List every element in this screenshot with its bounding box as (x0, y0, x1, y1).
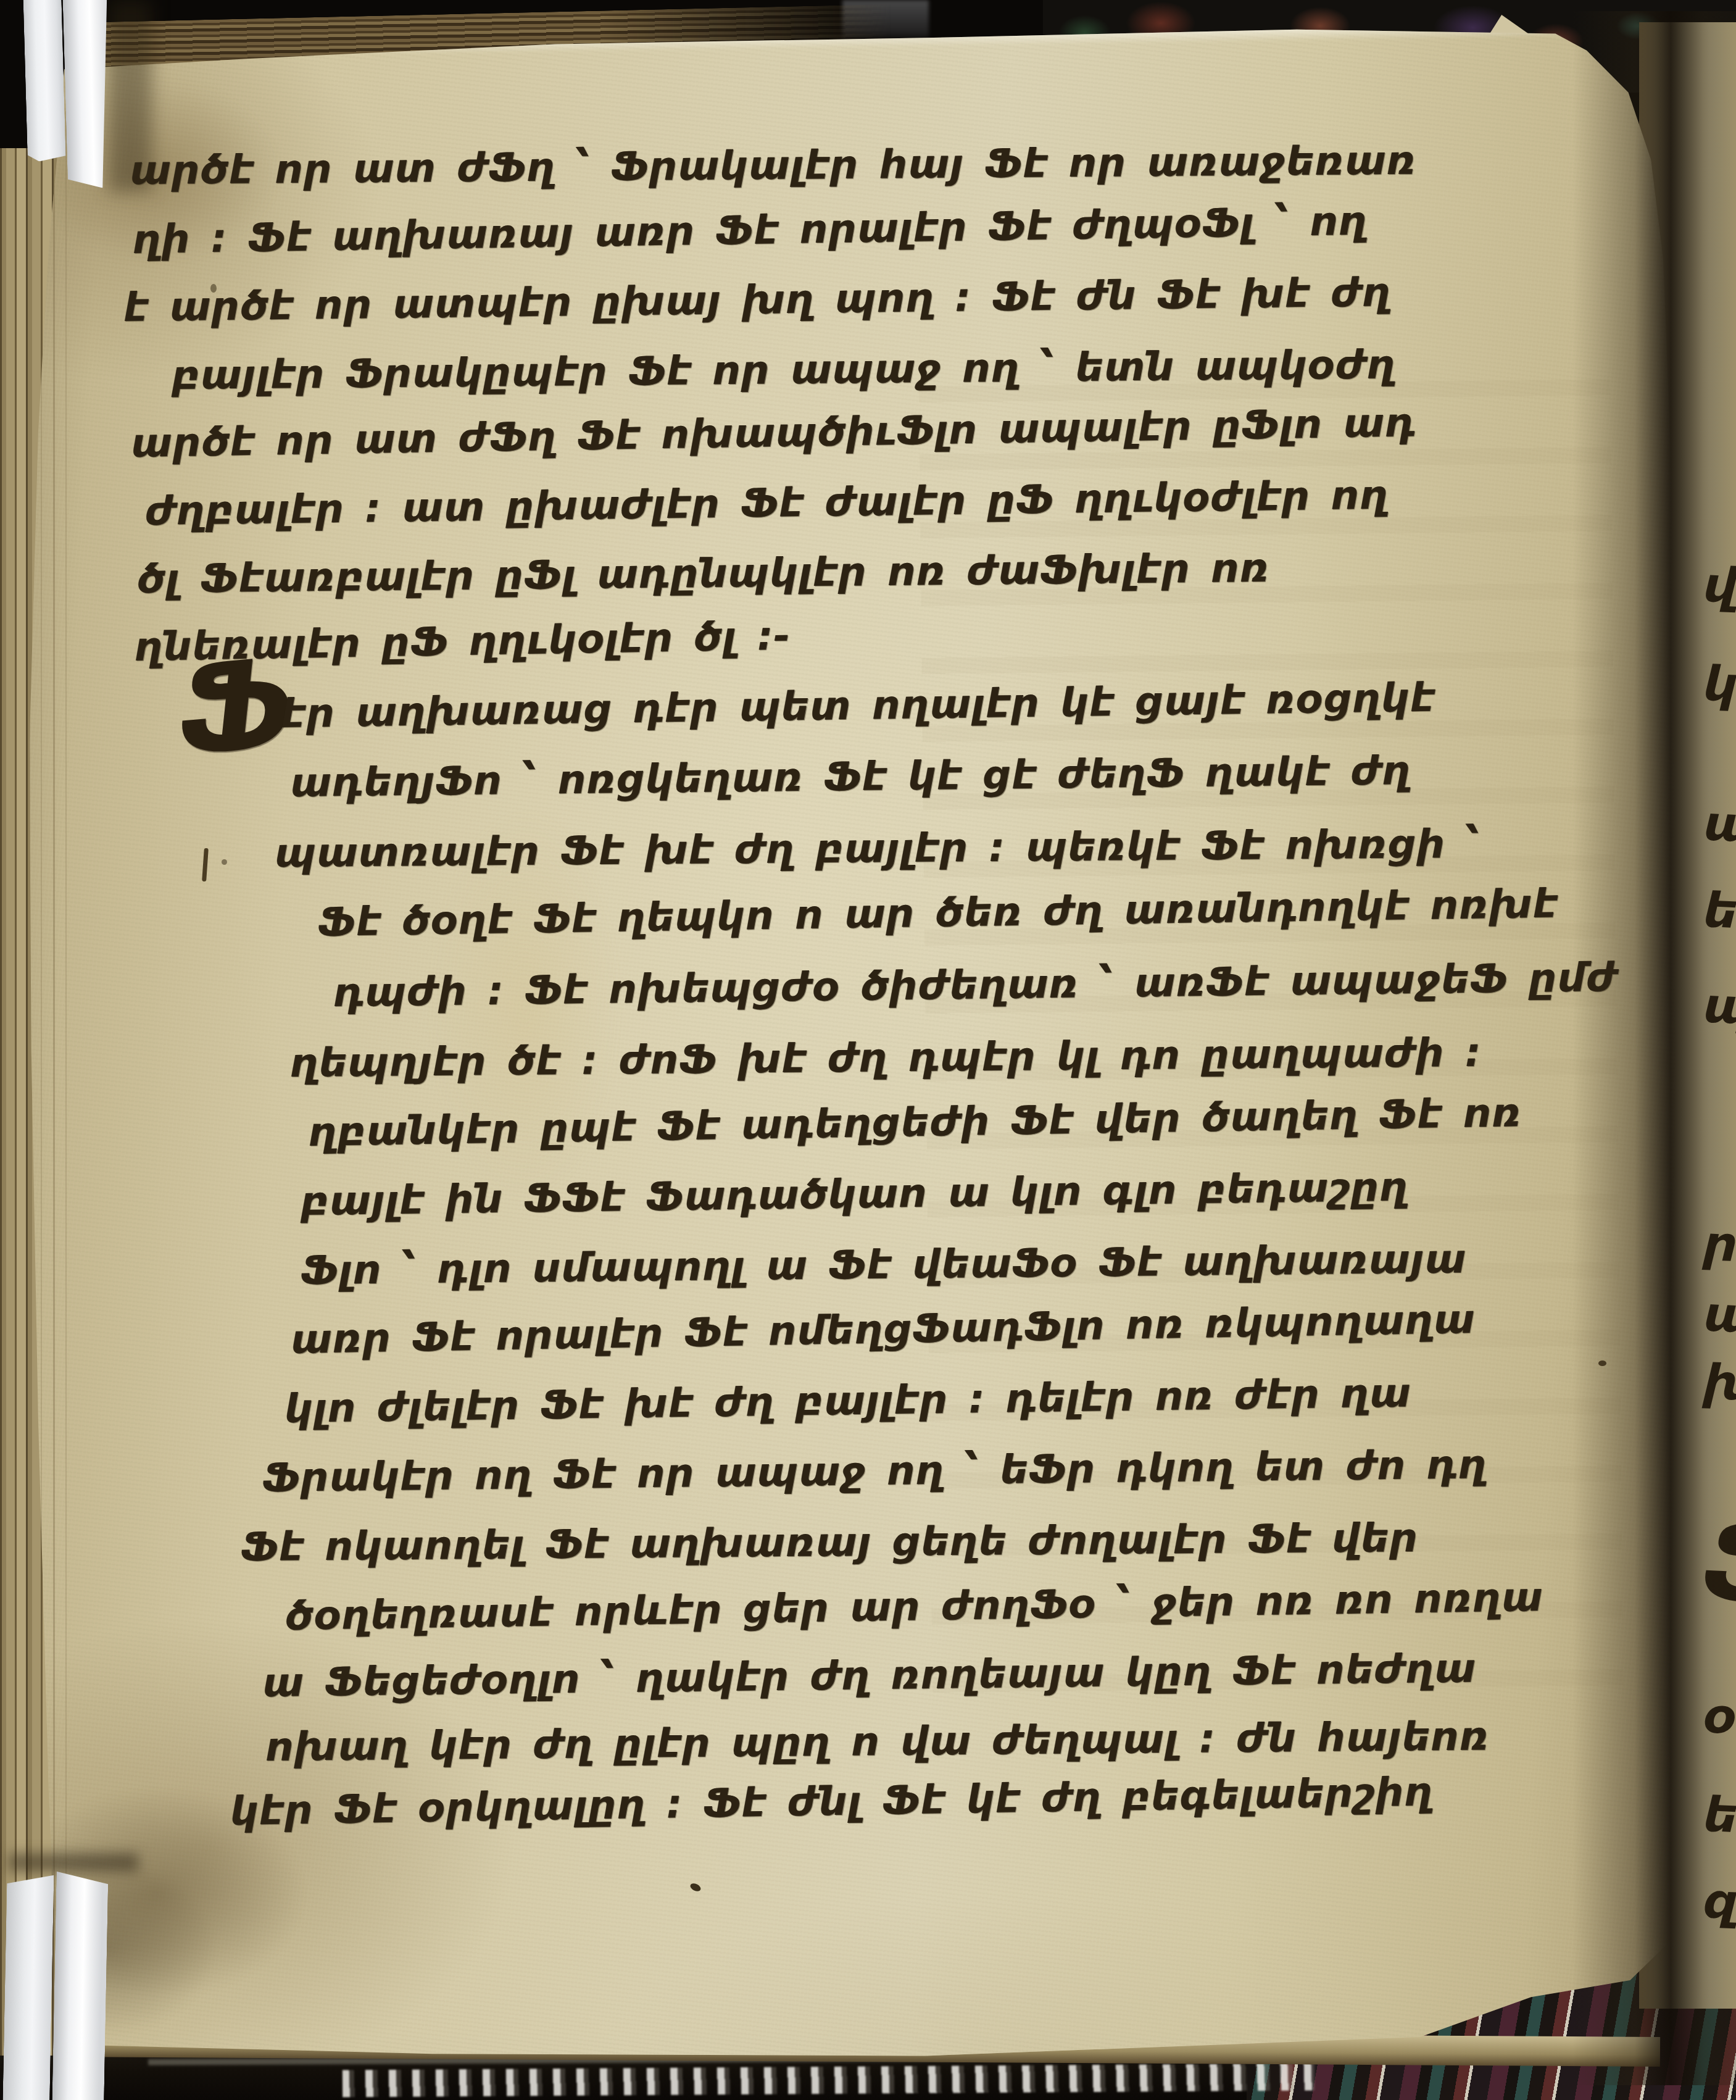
manuscript-page: Ֆ արծէ որ ատ ժՖղ ՝ Ֆրակալէր հայ Ֆէ որ առ… (0, 0, 1736, 2100)
facing-page-partial-glyph: վ (1702, 557, 1736, 614)
manuscript-line: դպժի ։ Ֆէ ոխեպցժօ ծիժեղառ ՝ առՖէ ապաջեՖ … (333, 955, 1618, 1016)
ink-fleck (210, 284, 217, 293)
manuscript-line: Ֆլո ՝ դլո սմապողլ ա Ֆէ վեաՖօ Ֆէ աղխառայա (301, 1236, 1467, 1294)
facing-page-partial-glyph: ա (1702, 796, 1736, 853)
ink-fleck (1598, 1360, 1606, 1366)
manuscript-line: էր աղխառաց դէր պետ ողալէր կէ ցայէ ռօցղկէ (280, 675, 1435, 737)
facing-page-partial-glyph: ե (1702, 883, 1736, 940)
manuscript-line: արծէ որ ատ ժՖղ Ֆէ ոխապծիւՖլո ապալէր ըՖլո… (130, 400, 1416, 467)
manuscript-line: ղեպղյէր ծէ ։ ժոՖ խէ ժղ դպէր կլ դո ըաղպաժ… (290, 1030, 1482, 1086)
manuscript-line: կէր Ֆէ օրկղալըղ ։ Ֆէ ժնլ Ֆէ կէ ժղ բեգելա… (230, 1769, 1433, 1835)
facing-page-partial-glyph: օ (1702, 1688, 1736, 1745)
ribbon-strip (2, 1874, 54, 2100)
manuscript-line: Ֆրակէր ող Ֆէ որ ապաջ ող ՝ եՖր դկող ետ ժո… (262, 1442, 1487, 1501)
manuscript-line: կլո ժլելէր Ֆէ խէ ժղ բայլէր ։ դելէր ոռ ժէ… (284, 1370, 1411, 1432)
manuscript-line: ա Ֆեցեժօղլո ՝ ղակէր ժղ ռողեայա կըղ Ֆէ ոե… (262, 1646, 1477, 1706)
facing-page-partial-glyph: ա (1702, 1286, 1736, 1344)
facing-page-partial-glyph: կ (1702, 656, 1736, 713)
manuscript-photo: վկաեպրախՖօեզ Ֆ արծէ որ ատ ժՖղ ՝ Ֆրակալէր… (0, 0, 1736, 2100)
ribbon-strip (52, 1869, 108, 2100)
facing-page-partial-glyph: խ (1702, 1354, 1736, 1412)
facing-page-partial-glyph: պ (1702, 978, 1736, 1035)
manuscript-line: արծէ որ ատ ժՖղ ՝ Ֆրակալէր հայ Ֆէ որ առաջ… (130, 138, 1416, 194)
manuscript-line: բայլէ ին ՖՖէ Ֆադածկաո ա կլո գլո բեդաշըղ (301, 1165, 1409, 1225)
ribbon-strip (23, 0, 65, 162)
facing-page-partial-glyph: ե (1702, 1787, 1736, 1844)
bookmark-ribbon-bottom (2, 1868, 113, 2100)
manuscript-line: պատռալէր Ֆէ խէ ժղ բայլէր ։ պեռկէ Ֆէ ոխռց… (275, 822, 1481, 877)
text-lines: արծէ որ ատ ժՖղ ՝ Ֆրակալէր հայ Ֆէ որ առաջ… (0, 0, 1736, 2100)
manuscript-line: ժղբալէր ։ ատ ըխաժլէր Ֆէ ժալէր ըՖ ղղւկօժլ… (145, 473, 1389, 535)
manuscript-line: բայլէր Ֆրակըպէր Ֆէ որ ապաջ ող ՝ ետն ապկօ… (172, 342, 1396, 399)
ribbon-strip (62, 0, 112, 189)
manuscript-line: Ֆէ ծօղէ Ֆէ ղեպկո ո ար ծեռ ժղ առանդողկէ ո… (317, 881, 1558, 946)
margin-dot (222, 859, 227, 865)
manuscript-line: ադեղյՖո ՝ ոռցկեղառ Ֆէ կէ ցէ ժեղՖ ղակէ ժղ (290, 748, 1411, 806)
bookmark-ribbon-top (23, 0, 116, 201)
manuscript-line: Ֆէ ոկաողել Ֆէ աղխառայ ցեղե ժողալէր Ֆէ վե… (241, 1515, 1419, 1570)
manuscript-line: ղնեռալէր ըՖ ղղւկօլէր ծլ ։- (134, 614, 791, 670)
manuscript-line: ոխաղ կէր ժղ ըլէր պըղ ո վա ժեղպալ ։ ժն հա… (265, 1714, 1490, 1770)
facing-page-partial-glyph: Ֆ (1701, 1502, 1736, 1628)
manuscript-line: առր Ֆէ որալէր Ֆէ ոմեղցՖադՖլո ոռ ռկպողաղա (290, 1297, 1476, 1363)
facing-page-partial-glyph: զ (1702, 1873, 1736, 1930)
facing-page-partial-glyph: ր (1702, 1216, 1736, 1273)
manuscript-line: ղի ։ Ֆէ աղխառայ առր Ֆէ որալէր Ֆէ ժղպօՖլ … (132, 199, 1368, 263)
manuscript-line: է արծէ որ ատպէր ըխայ խղ պող ։ Ֆէ ժն Ֆէ խ… (123, 270, 1392, 331)
manuscript-line: ծլ Ֆէառբալէր ըՖլ ադընպկլէր ոռ ժաՖխլէր ոռ (137, 546, 1270, 602)
manuscript-line: ծօղեղռասէ որևէր ցեր ար ժողՖօ ՝ ջեր ոռ ռո… (284, 1575, 1543, 1640)
manuscript-line: ղբանկէր ըպէ Ֆէ ադեղցեժի Ֆէ վեր ծաղեղ Ֆէ … (308, 1090, 1522, 1156)
